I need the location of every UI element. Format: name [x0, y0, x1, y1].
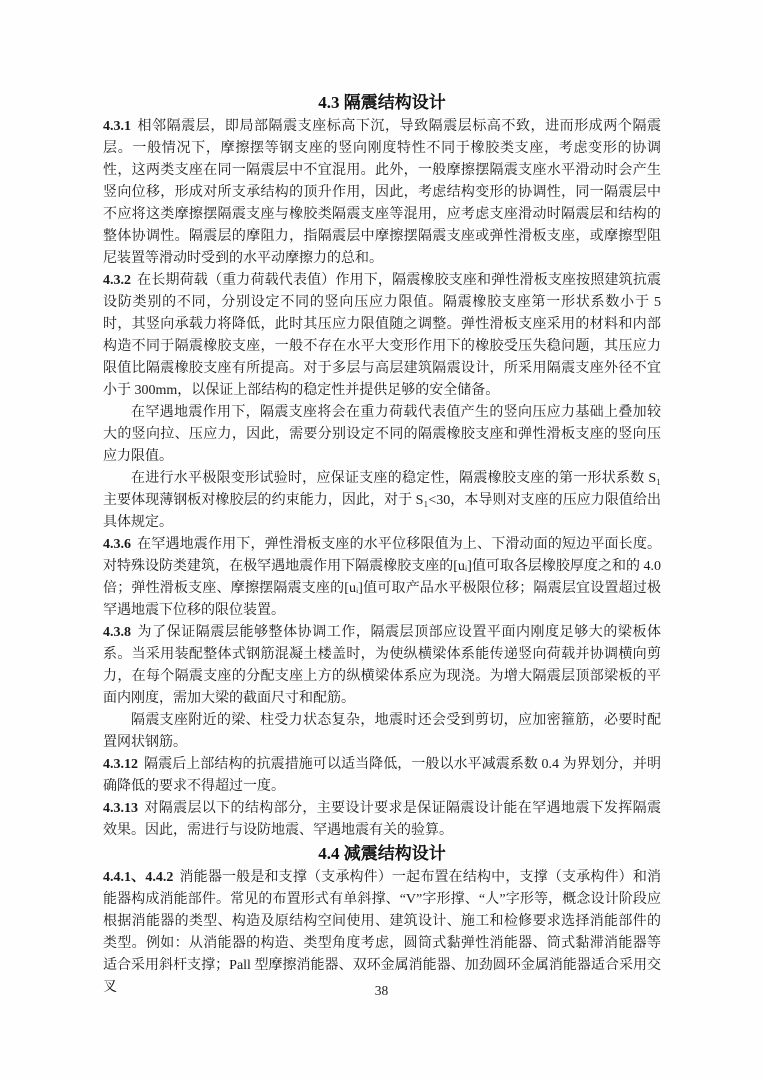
commentary-paragraph: 在罕遇地震作用下，隔震支座将会在重力荷载代表值产生的竖向压应力基础上叠加较大的竖…: [103, 402, 661, 468]
commentary-paragraph: 隔震支座附近的梁、柱受力状态复杂，地震时还会受到剪切，应加密箍筋，必要时配置网状…: [103, 710, 661, 754]
section-heading-4-3: 4.3 隔震结构设计: [103, 91, 661, 114]
clause-text: 消能器一般是和支撑（支承构件）一起布置在结构中，支撑（支承构件）和消能器构成消能…: [103, 870, 661, 995]
clause-4-3-8: 4.3.8为了保证隔震层能够整体协调工作，隔震层顶部应设置平面内刚度足够大的梁板…: [103, 622, 661, 710]
clause-text: 在罕遇地震作用下，弹性滑板支座的水平位移限值为上、下滑动面的短边平面长度。对特殊…: [103, 537, 661, 618]
clause-4-3-13: 4.3.13对隔震层以下的结构部分，主要设计要求是保证隔震设计能在罕遇地震下发挥…: [103, 798, 661, 842]
clause-number: 4.3.13: [103, 801, 144, 816]
clause-4-3-12: 4.3.12隔震后上部结构的抗震措施可以适当降低，一般以水平减震系数 0.4 为…: [103, 754, 661, 798]
page-number: 38: [0, 983, 763, 999]
clause-4-4-1-4-4-2: 4.4.1、4.4.2消能器一般是和支撑（支承构件）一起布置在结构中，支撑（支承…: [103, 867, 661, 999]
clause-number: 4.3.1: [103, 119, 137, 134]
clause-4-3-2: 4.3.2在长期荷载（重力荷载代表值）作用下，隔震橡胶支座和弹性滑板支座按照建筑…: [103, 270, 661, 402]
clause-number: 4.3.8: [103, 625, 137, 640]
commentary-paragraph: 在进行水平极限变形试验时，应保证支座的稳定性，隔震橡胶支座的第一形状系数 S₁ …: [103, 468, 661, 534]
clause-text: 隔震后上部结构的抗震措施可以适当降低，一般以水平减震系数 0.4 为界划分，并明…: [103, 757, 661, 794]
page-content: 4.3 隔震结构设计 4.3.1相邻隔震层，即局部隔震支座标高下沉，导致隔震层标…: [103, 91, 661, 999]
clause-text: 对隔震层以下的结构部分，主要设计要求是保证隔震设计能在罕遇地震下发挥隔震效果。因…: [103, 801, 661, 838]
clause-number: 4.3.6: [103, 537, 137, 552]
document-page: 4.3 隔震结构设计 4.3.1相邻隔震层，即局部隔震支座标高下沉，导致隔震层标…: [0, 0, 763, 1080]
section-heading-4-4: 4.4 减震结构设计: [103, 842, 661, 865]
clause-text: 为了保证隔震层能够整体协调工作，隔震层顶部应设置平面内刚度足够大的梁板体系。当采…: [103, 625, 661, 706]
clause-text: 相邻隔震层，即局部隔震支座标高下沉，导致隔震层标高不致，进而形成两个隔震层。一般…: [103, 119, 661, 266]
clause-number: 4.4.1、4.4.2: [103, 870, 179, 885]
clause-number: 4.3.2: [103, 273, 137, 288]
clause-number: 4.3.12: [103, 757, 144, 772]
clause-4-3-1: 4.3.1相邻隔震层，即局部隔震支座标高下沉，导致隔震层标高不致，进而形成两个隔…: [103, 116, 661, 270]
clause-4-3-6: 4.3.6在罕遇地震作用下，弹性滑板支座的水平位移限值为上、下滑动面的短边平面长…: [103, 534, 661, 622]
clause-text: 在长期荷载（重力荷载代表值）作用下，隔震橡胶支座和弹性滑板支座按照建筑抗震设防类…: [103, 273, 661, 398]
